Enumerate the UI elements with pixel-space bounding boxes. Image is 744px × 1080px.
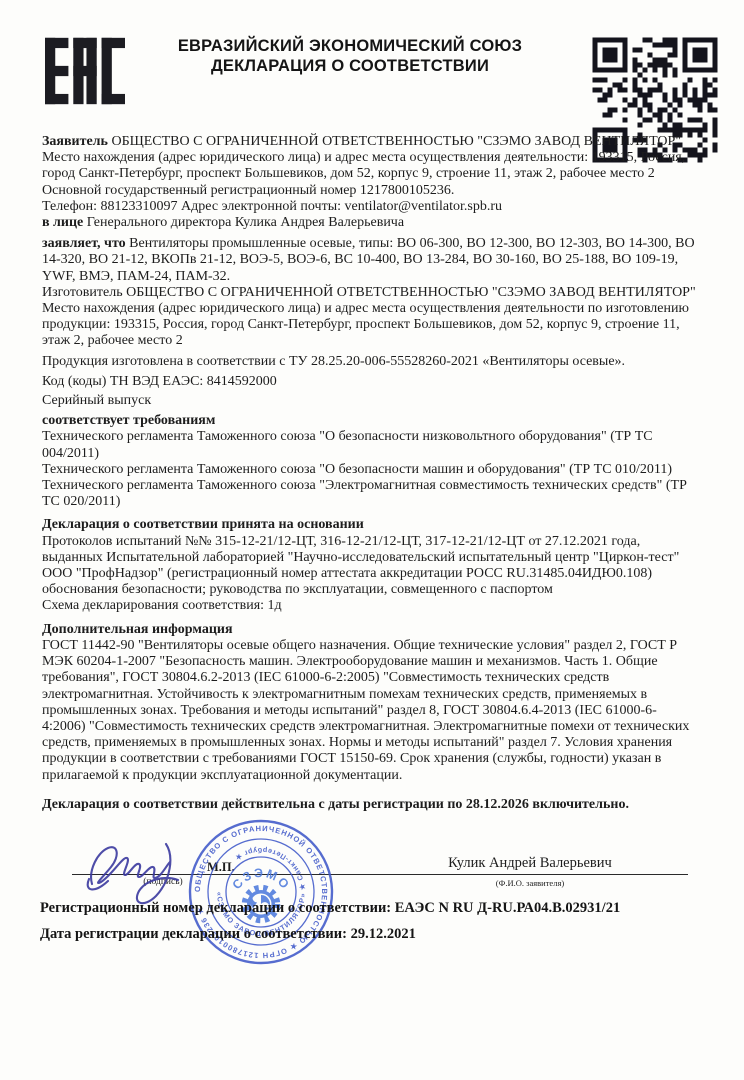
paragraph-text: Серийный выпуск (42, 393, 151, 408)
company-stamp: ОБЩЕСТВО С ОГРАНИЧЕННОЙ ОТВЕТСТВЕННОСТЬЮ… (187, 818, 335, 966)
paragraph-text: Технического регламента Таможенного союз… (42, 429, 653, 460)
paragraph-lead: Декларация о соответствии действительна … (42, 797, 629, 812)
paragraph: Дополнительная информация (42, 622, 700, 638)
paragraph-text: Продукция изготовлена в соответствии с Т… (42, 354, 625, 369)
paragraph-text: Технического регламента Таможенного союз… (42, 478, 687, 509)
paragraph: Схема декларирования соответствия: 1д (42, 598, 700, 614)
applicant-name-caption: (Ф.И.О. заявителя) (400, 878, 660, 888)
paragraph-lead: Декларация о соответствии принята на осн… (42, 517, 364, 532)
paragraph: Телефон: 88123310097 Адрес электронной п… (42, 199, 700, 215)
applicant-name: Кулик Андрей Валерьевич (360, 855, 700, 872)
document-title: ЕВРАЗИЙСКИЙ ЭКОНОМИЧЕСКИЙ СОЮЗ ДЕКЛАРАЦИ… (140, 36, 560, 76)
paragraph-text: Генерального директора Кулика Андрея Вал… (83, 215, 404, 230)
paragraph-text: Изготовитель ОБЩЕСТВО С ОГРАНИЧЕННОЙ ОТВ… (42, 285, 696, 300)
paragraph-text: Вентиляторы промышленные осевые, типы: В… (42, 236, 695, 283)
paragraph-lead: соответствует требованиям (42, 413, 215, 428)
paragraph: Место нахождения (адрес юридического лиц… (42, 150, 700, 182)
paragraph: Продукция изготовлена в соответствии с Т… (42, 354, 700, 370)
paragraph-text: Протоколов испытаний №№ 315-12-21/12-ЦТ,… (42, 534, 679, 598)
paragraph: Технического регламента Таможенного союз… (42, 429, 700, 461)
paragraph-text: Место нахождения (адрес юридического лиц… (42, 150, 685, 181)
union-name: ЕВРАЗИЙСКИЙ ЭКОНОМИЧЕСКИЙ СОЮЗ (140, 36, 560, 56)
registration-date-line: Дата регистрации декларации о соответств… (40, 926, 710, 943)
paragraph: ГОСТ 11442-90 "Вентиляторы осевые общего… (42, 638, 700, 784)
paragraph: Место нахождения (адрес юридического лиц… (42, 301, 700, 350)
paragraph: Технического регламента Таможенного союз… (42, 478, 700, 510)
paragraph-text: Технического регламента Таможенного союз… (42, 462, 672, 477)
paragraph: Декларация о соответствии действительна … (42, 797, 700, 813)
registration-date-value: 29.12.2021 (347, 926, 416, 942)
paragraph: в лице Генерального директора Кулика Анд… (42, 215, 700, 231)
paragraph-lead: Дополнительная информация (42, 622, 233, 637)
registration-number-value: ЕАЭС N RU Д-RU.РА04.В.02931/21 (391, 900, 620, 916)
paragraph: Протоколов испытаний №№ 315-12-21/12-ЦТ,… (42, 534, 700, 599)
paragraph-lead: в лице (42, 215, 83, 230)
stamp-center-text: СЗЭМО (230, 866, 293, 893)
declaration-document: ЕВРАЗИЙСКИЙ ЭКОНОМИЧЕСКИЙ СОЮЗ ДЕКЛАРАЦИ… (0, 0, 744, 1080)
registration-number-line: Регистрационный номер декларации о соотв… (40, 900, 710, 917)
eac-mark-icon (45, 37, 125, 105)
registration-date-label: Дата регистрации декларации о соответств… (40, 926, 347, 942)
paragraph: Основной государственный регистрационный… (42, 183, 700, 199)
paragraph-text: ОБЩЕСТВО С ОГРАНИЧЕННОЙ ОТВЕТСТВЕННОСТЬЮ… (108, 134, 681, 149)
paragraph: Серийный выпуск (42, 393, 700, 409)
paragraph-text: Телефон: 88123310097 Адрес электронной п… (42, 199, 502, 214)
declaration-body: Заявитель ОБЩЕСТВО С ОГРАНИЧЕННОЙ ОТВЕТС… (42, 134, 700, 813)
paragraph-text: Основной государственный регистрационный… (42, 183, 454, 198)
svg-text:СЗЭМО: СЗЭМО (230, 866, 293, 893)
paragraph: заявляет, что Вентиляторы промышленные о… (42, 236, 700, 285)
paragraph-text: Код (коды) ТН ВЭД ЕАЭС: 8414592000 (42, 374, 277, 389)
document-type: ДЕКЛАРАЦИЯ О СООТВЕТСТВИИ (140, 56, 560, 76)
paragraph: Технического регламента Таможенного союз… (42, 462, 700, 478)
paragraph: соответствует требованиям (42, 413, 700, 429)
paragraph-text: Место нахождения (адрес юридического лиц… (42, 301, 689, 348)
paragraph: Заявитель ОБЩЕСТВО С ОГРАНИЧЕННОЙ ОТВЕТС… (42, 134, 700, 150)
paragraph: Декларация о соответствии принята на осн… (42, 517, 700, 533)
paragraph-lead: Заявитель (42, 134, 108, 149)
paragraph-lead: заявляет, что (42, 236, 126, 251)
paragraph-text: Схема декларирования соответствия: 1д (42, 598, 282, 613)
registration-number-label: Регистрационный номер декларации о соотв… (40, 900, 391, 916)
paragraph: Код (коды) ТН ВЭД ЕАЭС: 8414592000 (42, 374, 700, 390)
paragraph-text: ГОСТ 11442-90 "Вентиляторы осевые общего… (42, 638, 689, 783)
paragraph: Изготовитель ОБЩЕСТВО С ОГРАНИЧЕННОЙ ОТВ… (42, 285, 700, 301)
